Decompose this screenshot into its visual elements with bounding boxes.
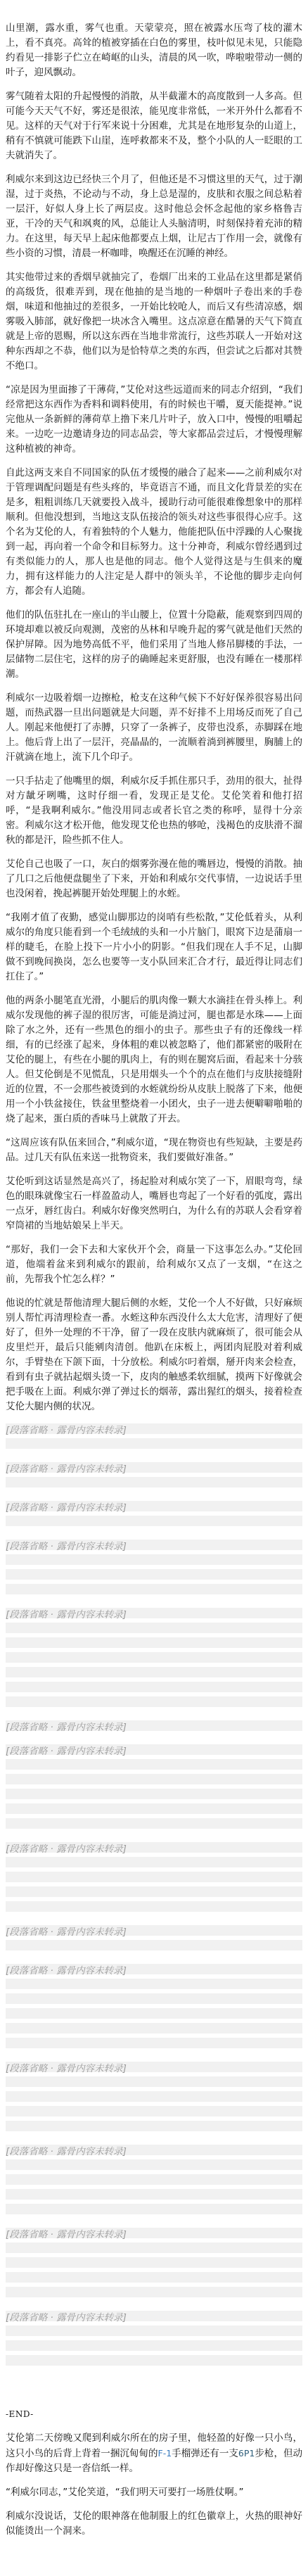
redacted-paragraph: [段落省略 · 露骨内容未转录]	[6, 1744, 302, 1833]
redacted-paragraph: [段落省略 · 露骨内容未转录]	[6, 1925, 302, 1955]
story-paragraph: 他们的队伍驻扎在一座山的半山腰上，位置十分隐蔽，能观察到四周的环境却难以被反向观…	[6, 608, 302, 682]
redacted-paragraph: [段落省略 · 露骨内容未转录]	[6, 1501, 302, 1530]
redacted-paragraph: [段落省略 · 露骨内容未转录]	[6, 1462, 302, 1492]
story-paragraph: 山里潮，露水重，雾气也重。天蒙蒙亮，照在被露水压弯了枝的灌木上，看不真亮。高耸的…	[6, 21, 302, 80]
redacted-paragraph: [段落省略 · 露骨内容未转录]	[6, 1540, 302, 1599]
story-paragraph: 一只手拈走了他嘴里的烟，利威尔反手抓住那只手，劲用的很大，扯得对方龇牙咧嘴，这时…	[6, 774, 302, 848]
document-body: 山里潮，露水重，雾气也重。天蒙蒙亮，照在被露水压弯了枝的灌木上，看不真亮。高耸的…	[0, 0, 308, 2407]
story-paragraph: 他的两条小腿笔直光滑，小腿后的肌肉像一颗大水滴挂在骨头棒上。利威尔发现他的裤子湿…	[6, 994, 302, 1127]
rifle-model-code: 6P1	[238, 2448, 255, 2458]
redacted-paragraph: [段落省略 · 露骨内容未转录]	[6, 1608, 302, 1711]
epilogue-paragraph-2: “利威尔同志，”艾伦笑道，“我们明天可要打一场胜仗啊。”	[6, 2485, 302, 2500]
story-paragraph: “那好，我们一会下去和大家伙开个会，商量一下这事怎么办。”艾伦回道，他端着盆来到…	[6, 1243, 302, 1287]
story-paragraph: 利威尔来到这边已经快三个月了，但他还是不习惯这里的天气，过于潮湿，过于炎热，不论…	[6, 172, 302, 261]
redacted-paragraph: [段落省略 · 露骨内容未转录]	[6, 2145, 302, 2219]
document-epilogue: -END- 艾伦第二天傍晚又爬到利威尔所在的房子里，他轻盈的好像一只小鸟，这只小…	[0, 2407, 308, 2576]
end-marker: -END-	[6, 2407, 302, 2422]
grenade-model-code: F-1	[158, 2448, 172, 2458]
story-paragraph: 利威尔一边吸着烟一边擦枪，枪支在这种气候下不好好保养很容易出问题，而热武器一旦出…	[6, 691, 302, 765]
story-paragraph: 艾伦自己也吸了一口，灰白的烟雾弥漫在他的嘴唇边，慢慢的消散。抽了几口之后他便盘腿…	[6, 857, 302, 901]
redacted-paragraph: [段落省略 · 露骨内容未转录]	[6, 1964, 302, 2052]
story-paragraph: 雾气随着太阳的升起慢慢的消散，从半截灌木的高度散到一人多高。但可能今天天气不好，…	[6, 89, 302, 163]
redacted-paragraph: [段落省略 · 露骨内容未转录]	[6, 1842, 302, 1916]
redacted-paragraph: [段落省略 · 露骨内容未转录]	[6, 2311, 302, 2370]
epilogue-text: 手榴弹还有一支	[172, 2448, 238, 2459]
story-paragraph: 自此这两支来自不同国家的队伍才缓慢的融合了起来——之前利威尔对于管理调配问题是有…	[6, 466, 302, 599]
redacted-paragraph: [段落省略 · 露骨内容未转录]	[6, 2062, 302, 2136]
redacted-paragraph: [段落省略 · 露骨内容未转录]	[6, 2228, 302, 2302]
story-paragraph: “这周应该有队伍来回合，”利威尔道，“现在物资也有些短缺，主要是药品。过几天有队…	[6, 1136, 302, 1165]
story-paragraph: 其实他带过来的香烟早就抽完了，卷烟厂出来的工业品在这里都是紧俏的高级货，很难弄到…	[6, 270, 302, 374]
story-paragraph: “凉是因为里面掺了干薄荷，”艾伦对这些远道而来的同志介绍到，“我们经常把这东西作…	[6, 383, 302, 457]
epilogue-paragraph-1: 艾伦第二天傍晚又爬到利威尔所在的房子里，他轻盈的好像一只小鸟，这只小鸟的后背上背…	[6, 2431, 302, 2476]
epilogue-paragraph-3: 利威尔没说话，艾伦的眼神落在他制服上的红色徽章上，火热的眼神好似能烫出一个洞来。	[6, 2509, 302, 2539]
story-paragraph: 他说的忙就是帮他清理大腿后侧的水蛭，艾伦一个人不好做，只好麻烦别人帮忙再清理检查…	[6, 1296, 302, 1414]
redacted-paragraph: [段落省略 · 露骨内容未转录]	[6, 1423, 302, 1453]
story-paragraph: “我刚才值了夜勤，感觉山脚那边的岗哨有些松散，”艾伦低着头，从利威尔的角度只能看…	[6, 911, 302, 984]
story-paragraph: 艾伦听到这话显然是高兴了，扬起脸对利威尔笑了一下，眉眼弯弯，绿色的眼珠就像宝石一…	[6, 1174, 302, 1233]
redacted-paragraph: [段落省略 · 露骨内容未转录]	[6, 1720, 302, 1735]
